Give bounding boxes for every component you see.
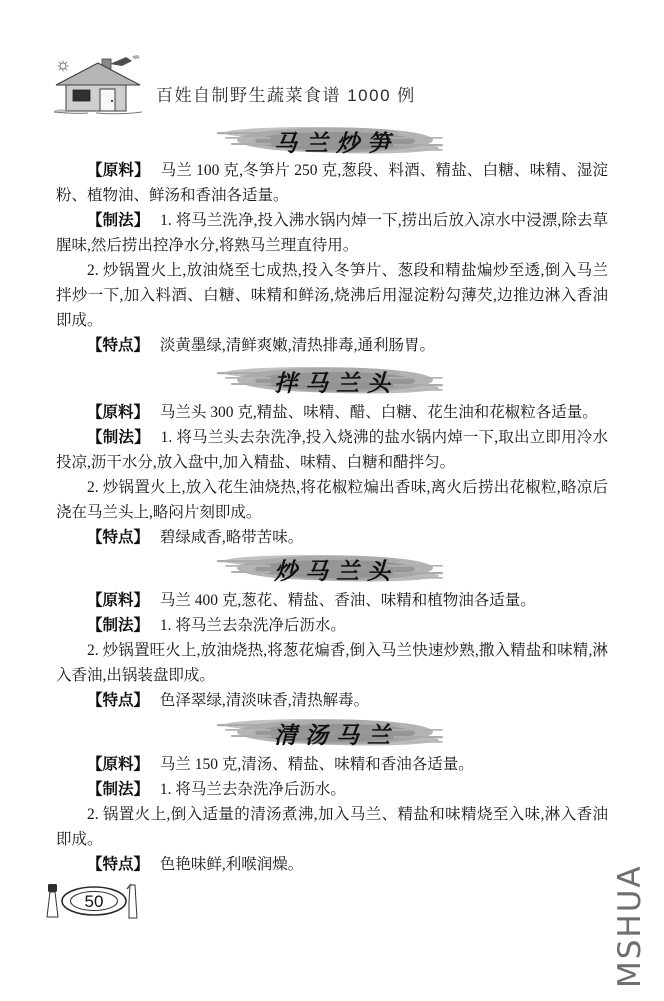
recipe-body: 【原料】马兰 400 克,葱花、精盐、香油、味精和植物油各适量。 【制法】1. … [56, 588, 608, 713]
paragraph-text: 1. 将马兰去杂洗净后沥水。 [160, 617, 346, 634]
recipe-body: 【原料】马兰头 300 克,精盐、味精、醋、白糖、花生油和花椒粒各适量。 【制法… [56, 400, 608, 550]
paragraph-text: 2. 炒锅置旺火上,放油烧热,将葱花煸香,倒入马兰快速炒熟,撒入精盐和味精,淋入… [56, 642, 608, 684]
paragraph-label: 【特点】 [87, 529, 149, 546]
recipe-paragraph: 【制法】1. 将马兰头去杂洗净,投入烧沸的盐水锅内焯一下,取出立即用冷水投凉,沥… [56, 425, 608, 475]
recipe-paragraph: 【特点】淡黄墨绿,清鲜爽嫩,清热排毒,通利肠胃。 [56, 333, 608, 358]
recipe-paragraph: 【原料】马兰 400 克,葱花、精盐、香油、味精和植物油各适量。 [56, 588, 608, 613]
book-header: 百姓自制野生蔬菜食谱 1000 例 [52, 55, 416, 117]
paragraph-text: 2. 锅置火上,倒入适量的清汤煮沸,加入马兰、精盐和味精烧至入味,淋入香油即成。 [56, 806, 608, 848]
book-page: 百姓自制野生蔬菜食谱 1000 例 马兰炒笋 【原料】马兰 100 克,冬笋片 … [0, 0, 664, 1001]
roof [56, 63, 140, 85]
page-number-badge: 50 [42, 880, 142, 924]
recipe-title: 清汤马兰 [217, 717, 447, 750]
page-number: 50 [85, 892, 104, 911]
paragraph-label: 【原料】 [87, 592, 149, 609]
paragraph-text: 碧绿咸香,略带苦味。 [160, 529, 303, 546]
recipe-paragraph: 【特点】色泽翠绿,清淡味香,清热解毒。 [56, 688, 608, 713]
plate-fork-knife-icon: 50 [42, 880, 142, 924]
paragraph-text: 2. 炒锅置火上,放油烧至七成热,投入冬笋片、葱段和精盐煸炒至透,倒入马兰拌炒一… [56, 262, 608, 329]
recipe-paragraph: 2. 锅置火上,倒入适量的清汤煮沸,加入马兰、精盐和味精烧至入味,淋入香油即成。 [56, 802, 608, 852]
recipe-title-banner: 马兰炒笋 [217, 120, 447, 160]
ground-strokes [54, 112, 142, 114]
paragraph-label: 【原料】 [87, 162, 150, 179]
recipe-paragraph: 【原料】马兰头 300 克,精盐、味精、醋、白糖、花生油和花椒粒各适量。 [56, 400, 608, 425]
smoke-puff [132, 55, 140, 59]
paragraph-text: 马兰 400 克,葱花、精盐、香油、味精和植物油各适量。 [160, 592, 536, 609]
recipe-paragraph: 【制法】1. 将马兰去杂洗净后沥水。 [56, 777, 608, 802]
paragraph-label: 【制法】 [87, 781, 149, 798]
paragraph-text: 马兰 150 克,清汤、精盐、味精和香油各适量。 [160, 756, 474, 773]
recipe-title-banner: 炒马兰头 [217, 548, 447, 588]
recipe-paragraph: 【制法】1. 将马兰洗净,投入沸水锅内焯一下,捞出后放入凉水中浸漂,除去草腥味,… [56, 208, 608, 258]
paragraph-label: 【制法】 [87, 617, 149, 634]
watermark-text: MSHUA [612, 864, 648, 988]
paragraph-label: 【原料】 [87, 404, 149, 421]
recipe-body: 【原料】马兰 150 克,清汤、精盐、味精和香油各适量。 【制法】1. 将马兰去… [56, 752, 608, 877]
paragraph-text: 淡黄墨绿,清鲜爽嫩,清热排毒,通利肠胃。 [160, 337, 435, 354]
paragraph-text: 色艳味鲜,利喉润燥。 [160, 856, 303, 873]
recipe-title: 马兰炒笋 [217, 125, 447, 158]
paragraph-label: 【特点】 [87, 692, 149, 709]
paragraph-text: 色泽翠绿,清淡味香,清热解毒。 [160, 692, 369, 709]
recipe-title: 拌马兰头 [217, 365, 447, 398]
recipe-paragraph: 【原料】马兰 100 克,冬笋片 250 克,葱段、料酒、精盐、白糖、味精、湿淀… [56, 158, 608, 208]
recipe-paragraph: 【原料】马兰 150 克,清汤、精盐、味精和香油各适量。 [56, 752, 608, 777]
paragraph-label: 【制法】 [87, 212, 149, 229]
book-title: 百姓自制野生蔬菜食谱 1000 例 [156, 67, 416, 106]
door-knob [111, 100, 113, 102]
recipe-paragraph: 2. 炒锅置火上,放入花生油烧热,将花椒粒煸出香味,离火后捞出花椒粒,略凉后浇在… [56, 475, 608, 525]
recipe-title: 炒马兰头 [217, 553, 447, 586]
recipe-title-banner: 拌马兰头 [217, 360, 447, 400]
recipe-paragraph: 2. 炒锅置火上,放油烧至七成热,投入冬笋片、葱段和精盐煸炒至透,倒入马兰拌炒一… [56, 258, 608, 333]
recipe-paragraph: 2. 炒锅置旺火上,放油烧热,将葱花煸香,倒入马兰快速炒熟,撒入精盐和味精,淋入… [56, 638, 608, 688]
smoke [110, 57, 132, 66]
plate-icon: 50 [62, 887, 126, 915]
sun-icon [58, 61, 69, 72]
recipe-body: 【原料】马兰 100 克,冬笋片 250 克,葱段、料酒、精盐、白糖、味精、湿淀… [56, 158, 608, 358]
recipe-paragraph: 【特点】碧绿咸香,略带苦味。 [56, 525, 608, 550]
paragraph-label: 【特点】 [87, 856, 149, 873]
paragraph-label: 【制法】 [87, 429, 150, 446]
fork-icon [47, 884, 58, 917]
recipe-paragraph: 【制法】1. 将马兰去杂洗净后沥水。 [56, 613, 608, 638]
house-icon [52, 55, 144, 117]
paragraph-text: 2. 炒锅置火上,放入花生油烧热,将花椒粒煸出香味,离火后捞出花椒粒,略凉后浇在… [56, 479, 608, 521]
knife-icon [127, 884, 137, 918]
recipe-paragraph: 【特点】色艳味鲜,利喉润燥。 [56, 852, 608, 877]
paragraph-text: 1. 将马兰去杂洗净后沥水。 [160, 781, 346, 798]
door [100, 89, 115, 111]
recipe-title-banner: 清汤马兰 [217, 712, 447, 752]
paragraph-label: 【特点】 [87, 337, 149, 354]
paragraph-label: 【原料】 [87, 756, 149, 773]
paragraph-text: 马兰头 300 克,精盐、味精、醋、白糖、花生油和花椒粒各适量。 [160, 404, 598, 421]
window [73, 90, 90, 101]
